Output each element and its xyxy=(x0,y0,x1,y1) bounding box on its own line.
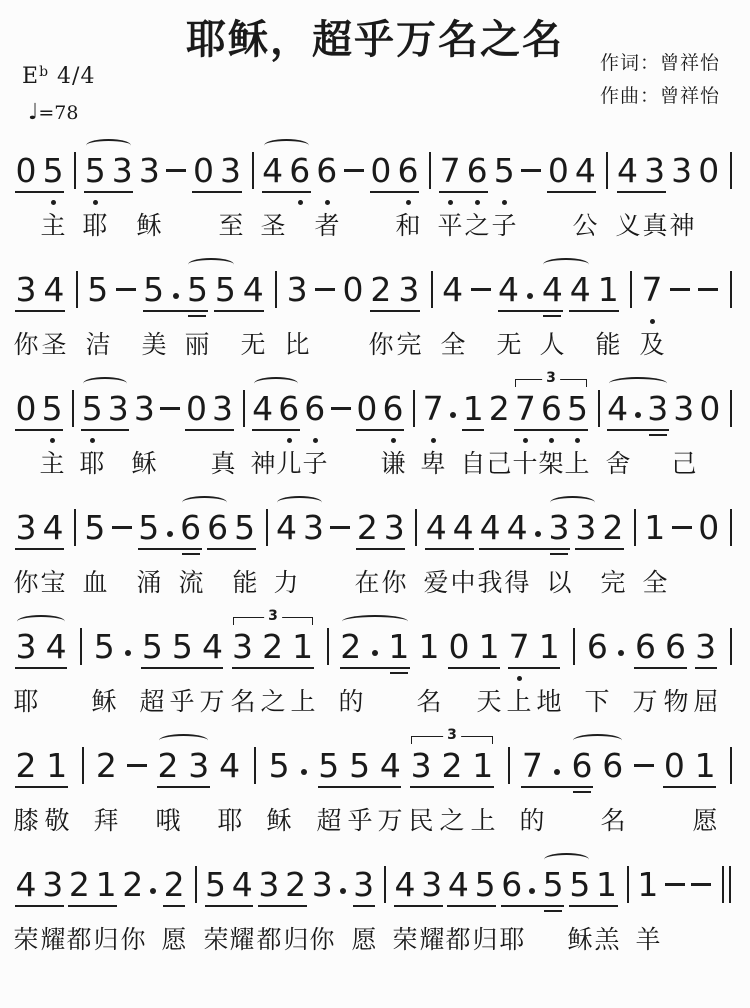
lyrics-row: 膝敬拜哦耶稣超乎万民之上的名愿 xyxy=(14,806,736,839)
lyric-syllable: 上 xyxy=(564,449,589,479)
barline xyxy=(189,852,201,924)
note-token: 3 xyxy=(14,495,38,567)
augmentation-dot xyxy=(170,257,182,329)
lyric-syllable: 都 xyxy=(445,925,470,955)
lyric-syllable: 下 xyxy=(584,687,609,717)
lyric-syllable: 物 xyxy=(663,687,688,717)
barline xyxy=(724,376,736,448)
lyric-syllable: 涌 xyxy=(136,568,161,598)
lyric-syllable: 之 xyxy=(439,806,464,836)
note-token: 5 xyxy=(204,852,228,924)
score-line: 34555543023444417你圣洁美丽无比你完全无人能及 xyxy=(14,257,736,363)
octave-dot xyxy=(325,200,330,205)
beam xyxy=(15,905,64,907)
beam xyxy=(84,191,133,193)
duration-dash xyxy=(469,257,493,329)
tempo-marking: ♩=78 xyxy=(28,100,79,125)
lyric-syllable: 无 xyxy=(240,330,265,360)
lyric-syllable: 耶 xyxy=(82,211,107,241)
barline xyxy=(724,257,736,329)
lyric-syllable: 愿 xyxy=(351,925,376,955)
octave-dot xyxy=(650,319,655,324)
note-token: 1 xyxy=(537,614,561,686)
lyric-syllable: 的 xyxy=(338,687,363,717)
lyric-syllable: 名 xyxy=(230,687,255,717)
triplet-bracket: 3 xyxy=(515,379,587,387)
notation-row: 432122543233434565511 xyxy=(14,852,736,924)
beam xyxy=(15,667,67,669)
note-token: 1 xyxy=(45,733,69,805)
note-token: 3 xyxy=(420,852,444,924)
lyric-syllable: 中 xyxy=(450,568,475,598)
barline xyxy=(724,733,736,805)
barline xyxy=(502,733,514,805)
lyric-syllable: 上 xyxy=(506,687,531,717)
lyric-syllable: 耶 xyxy=(79,449,104,479)
note-token: 1 xyxy=(636,852,660,924)
note-token: 5 xyxy=(83,495,107,567)
beam xyxy=(569,310,619,312)
beam-sixteenth xyxy=(188,315,206,317)
slur-arc xyxy=(86,139,131,152)
augmentation-dot xyxy=(147,852,159,924)
duration-dash xyxy=(696,257,720,329)
lyric-syllable: 子 xyxy=(491,211,516,241)
note-token: 4 xyxy=(441,257,465,329)
lyric-syllable: 你 xyxy=(381,568,406,598)
lyric-syllable: 耀 xyxy=(40,925,65,955)
key-signature: Eb 4/4 xyxy=(22,64,95,89)
lyric-syllable: 稣 xyxy=(131,449,156,479)
note-token: 6 xyxy=(633,614,657,686)
beam-sixteenth xyxy=(649,434,667,436)
note-token: 3 xyxy=(670,138,694,210)
barline xyxy=(592,376,604,448)
notation-row: 05533034660671276543303 xyxy=(14,376,736,448)
note-token: 4 xyxy=(218,733,242,805)
beam xyxy=(439,191,488,193)
tempo-value: =78 xyxy=(38,102,78,124)
octave-dot xyxy=(431,438,436,443)
lyric-syllable: 荣 xyxy=(13,925,38,955)
lyric-syllable: 及 xyxy=(639,330,664,360)
lyric-syllable: 拜 xyxy=(93,806,118,836)
beam xyxy=(663,786,716,788)
lyrics-row: 耶稣超乎万名之上的名天上地下万物屈 xyxy=(14,687,736,720)
beam xyxy=(340,667,410,669)
note-token: 4 xyxy=(378,733,402,805)
augmentation-dot xyxy=(164,495,176,567)
final-barline xyxy=(716,852,736,924)
lyric-syllable: 耀 xyxy=(419,925,444,955)
lyric-syllable: 美 xyxy=(141,330,166,360)
lyric-syllable: 稣 xyxy=(136,211,161,241)
note-token: 3 xyxy=(137,138,161,210)
note-token: 1 xyxy=(596,257,620,329)
augmentation-dot xyxy=(298,733,310,805)
barline xyxy=(68,495,80,567)
lyric-syllable: 荣 xyxy=(392,925,417,955)
lyric-syllable: 超 xyxy=(139,687,164,717)
lyric-syllable: 稣 xyxy=(266,806,291,836)
lyric-syllable: 上 xyxy=(470,806,495,836)
barline xyxy=(425,257,437,329)
lyric-syllable: 得 xyxy=(504,568,529,598)
beam xyxy=(447,905,496,907)
barline xyxy=(246,138,258,210)
rest-token: 0 xyxy=(355,376,379,448)
lyric-syllable: 万 xyxy=(377,806,402,836)
beam xyxy=(498,310,563,312)
triplet-number: 3 xyxy=(264,609,282,623)
beam xyxy=(258,905,307,907)
slur-arc xyxy=(543,258,589,271)
lyric-syllable: 敬 xyxy=(44,806,69,836)
lyric-syllable: 己 xyxy=(671,449,696,479)
note-token: 1 xyxy=(595,852,619,924)
lyric-syllable: 真 xyxy=(642,211,667,241)
beam xyxy=(15,429,63,431)
notation-row: 345554321211017166633 xyxy=(14,614,736,686)
flat-superscript: b xyxy=(39,64,49,80)
lyrics-row: 主耶稣真神儿子谦卑自己十架上舍己 xyxy=(14,449,736,482)
duration-dash xyxy=(663,852,687,924)
lyric-syllable: 圣 xyxy=(260,211,285,241)
score-line: 432122543233434565511荣耀都归你愿荣耀都归你愿荣耀都归耶稣羔… xyxy=(14,852,736,958)
barline xyxy=(624,257,636,329)
beam xyxy=(15,191,64,193)
lyric-syllable: 公 xyxy=(572,211,597,241)
rest-token: 0 xyxy=(341,257,365,329)
lyric-syllable: 完 xyxy=(396,330,421,360)
rest-token: 0 xyxy=(697,495,721,567)
note-token: 2 xyxy=(67,852,91,924)
note-token: 3 xyxy=(132,376,156,448)
lyric-syllable: 宝 xyxy=(40,568,65,598)
beam xyxy=(410,786,494,788)
beam xyxy=(575,548,624,550)
barline xyxy=(74,614,86,686)
lyric-syllable: 愿 xyxy=(692,806,717,836)
lyrics-row: 主耶稣至圣者和平之子公义真神 xyxy=(14,211,736,244)
beam xyxy=(425,548,474,550)
lyric-syllable: 稣 xyxy=(567,925,592,955)
barline xyxy=(76,733,88,805)
note-token: 3 xyxy=(211,376,235,448)
duration-dash xyxy=(632,733,656,805)
score-line: 345554321211017166633耶稣超乎万名之上的名天上地下万物屈 xyxy=(14,614,736,720)
note-token: 4 xyxy=(41,495,65,567)
octave-dot xyxy=(517,676,522,681)
note-token: 3 xyxy=(694,614,718,686)
augmentation-dot xyxy=(337,852,349,924)
lyricist-credit: 作词：曾祥怡 xyxy=(600,47,720,80)
duration-dash xyxy=(313,257,337,329)
note-token: 1 xyxy=(94,852,118,924)
lyric-syllable: 天 xyxy=(476,687,501,717)
beam xyxy=(479,548,570,550)
note-token: 3 xyxy=(672,376,696,448)
note-token: 5 xyxy=(317,733,341,805)
barline xyxy=(269,257,281,329)
lyric-syllable: 以 xyxy=(546,568,571,598)
octave-dot xyxy=(391,438,396,443)
note-token: 5 xyxy=(92,614,116,686)
sheet-header: 耶稣，超乎万名之名 作词：曾祥怡 作曲：曾祥怡 Eb 4/4 ♩=78 xyxy=(0,0,750,138)
beam xyxy=(207,548,256,550)
note-token: 4 xyxy=(497,257,521,329)
triplet-number: 3 xyxy=(443,728,461,742)
beam xyxy=(370,310,420,312)
note-token: 3 xyxy=(14,257,38,329)
barline xyxy=(68,138,80,210)
score-line: 05533034660671276543303主耶稣真神儿子谦卑自己十架上舍己 xyxy=(14,376,736,482)
lyric-syllable: 血 xyxy=(82,568,107,598)
lyric-syllable: 荣 xyxy=(203,925,228,955)
note-token: 4 xyxy=(451,495,475,567)
augmentation-dot xyxy=(122,614,134,686)
duration-dash xyxy=(689,852,713,924)
lyric-syllable: 地 xyxy=(536,687,561,717)
beam xyxy=(192,191,242,193)
lyric-syllable: 子 xyxy=(302,449,327,479)
time-signature: 4/4 xyxy=(57,64,95,89)
triplet-bracket: 3 xyxy=(411,736,493,744)
note-token: 6 xyxy=(664,614,688,686)
lyric-syllable: 稣 xyxy=(91,687,116,717)
barline xyxy=(248,733,260,805)
beam xyxy=(15,786,68,788)
slur-arc xyxy=(609,377,667,390)
barline xyxy=(237,376,249,448)
lyrics-row: 你宝血涌流能力在你爱中我得以完全 xyxy=(14,568,736,601)
lyric-syllable: 耶 xyxy=(13,687,38,717)
note-token: 3 xyxy=(382,495,406,567)
slur-arc xyxy=(264,139,309,152)
beam-sixteenth xyxy=(573,791,591,793)
note-token: 2 xyxy=(369,257,393,329)
duration-dash xyxy=(125,733,149,805)
rest-token: 0 xyxy=(447,614,471,686)
slur-arc xyxy=(544,853,589,866)
beam xyxy=(205,905,253,907)
rest-token: 0 xyxy=(662,733,686,805)
beam xyxy=(138,548,202,550)
note-token: 6 xyxy=(500,852,524,924)
lyric-syllable: 哦 xyxy=(155,806,180,836)
note-token: 4 xyxy=(424,495,448,567)
lyric-syllable: 都 xyxy=(66,925,91,955)
barline xyxy=(378,852,390,924)
barline xyxy=(628,495,640,567)
beam xyxy=(185,429,234,431)
beam xyxy=(501,905,564,907)
duration-dash xyxy=(328,495,352,567)
note-token: 3 xyxy=(310,852,334,924)
barline xyxy=(724,495,736,567)
lyric-syllable: 你 xyxy=(368,330,393,360)
lyric-syllable: 你 xyxy=(120,925,145,955)
notation-row: 2122345554321766013 xyxy=(14,733,736,805)
note-token: 5 xyxy=(86,257,110,329)
lyric-syllable: 能 xyxy=(232,568,257,598)
lyric-syllable: 十 xyxy=(512,449,537,479)
note-token: 4 xyxy=(478,495,502,567)
lyric-syllable: 者 xyxy=(314,211,339,241)
beam xyxy=(68,905,117,907)
key-letter: E xyxy=(22,64,39,89)
note-token: 4 xyxy=(505,495,529,567)
octave-dot xyxy=(287,438,292,443)
duration-dash xyxy=(158,376,182,448)
barline xyxy=(600,138,612,210)
lyric-syllable: 愿 xyxy=(161,925,186,955)
duration-dash xyxy=(114,257,138,329)
lyric-syllable: 儿 xyxy=(276,449,301,479)
lyric-syllable: 主 xyxy=(39,449,64,479)
barline xyxy=(423,138,435,210)
beam xyxy=(617,191,666,193)
lyric-syllable: 你 xyxy=(13,568,38,598)
beam xyxy=(695,667,717,669)
lyric-syllable: 耶 xyxy=(499,925,524,955)
lyric-syllable: 归 xyxy=(93,925,118,955)
lyric-syllable: 舍 xyxy=(605,449,630,479)
lyric-syllable: 名 xyxy=(416,687,441,717)
lyric-syllable: 自 xyxy=(460,449,485,479)
beam xyxy=(569,905,618,907)
lyric-syllable: 耀 xyxy=(229,925,254,955)
score-line: 34556654323444433210你宝血涌流能力在你爱中我得以完全 xyxy=(14,495,736,601)
note-token: 4 xyxy=(573,138,597,210)
lyric-syllable: 乎 xyxy=(347,806,372,836)
octave-dot xyxy=(475,200,480,205)
augmentation-dot xyxy=(551,733,563,805)
beam xyxy=(508,667,560,669)
lyric-syllable: 民 xyxy=(408,806,433,836)
barline xyxy=(321,614,333,686)
lyric-syllable: 比 xyxy=(284,330,309,360)
lyric-syllable: 至 xyxy=(218,211,243,241)
lyric-syllable: 真 xyxy=(210,449,235,479)
lyric-syllable: 万 xyxy=(199,687,224,717)
slur-arc xyxy=(83,377,127,390)
lyric-syllable: 名 xyxy=(600,806,625,836)
beam xyxy=(353,905,375,907)
beam xyxy=(252,429,300,431)
beam xyxy=(157,786,210,788)
octave-dot xyxy=(313,438,318,443)
beam-sixteenth xyxy=(390,672,408,674)
note-token: 4 xyxy=(230,852,254,924)
octave-dot xyxy=(93,200,98,205)
rest-token: 0 xyxy=(697,138,721,210)
note-token: 2 xyxy=(121,852,145,924)
lyric-syllable: 人 xyxy=(539,330,564,360)
rest-token: 0 xyxy=(184,376,208,448)
octave-dot xyxy=(298,200,303,205)
score-line: 2122345554321766013膝敬拜哦耶稣超乎万民之上的名愿 xyxy=(14,733,736,839)
note-token: 6 xyxy=(585,614,609,686)
note-token: 2 xyxy=(284,852,308,924)
note-token: 2 xyxy=(162,852,186,924)
note-token: 4 xyxy=(241,257,265,329)
beam xyxy=(318,786,401,788)
beam xyxy=(394,905,443,907)
beam xyxy=(547,191,596,193)
lyric-syllable: 上 xyxy=(290,687,315,717)
beam xyxy=(15,310,65,312)
rest-token: 0 xyxy=(546,138,570,210)
note-token: 4 xyxy=(446,852,470,924)
beam xyxy=(521,786,593,788)
beam xyxy=(214,310,264,312)
augmentation-dot xyxy=(524,257,536,329)
lyric-syllable: 羔 xyxy=(594,925,619,955)
duration-dash xyxy=(670,495,694,567)
lyric-syllable: 你 xyxy=(13,330,38,360)
beam xyxy=(356,548,405,550)
duration-dash xyxy=(329,376,353,448)
barline xyxy=(260,495,272,567)
beam xyxy=(514,429,588,431)
lyric-syllable: 我 xyxy=(477,568,502,598)
note-token: 4 xyxy=(393,852,417,924)
lyric-syllable: 羊 xyxy=(635,925,660,955)
lyric-syllable: 你 xyxy=(309,925,334,955)
lyric-syllable: 和 xyxy=(395,211,420,241)
lyric-syllable: 架 xyxy=(538,449,563,479)
duration-dash xyxy=(519,138,543,210)
lyric-syllable: 全 xyxy=(642,568,667,598)
note-token: 2 xyxy=(601,495,625,567)
lyrics-row: 荣耀都归你愿荣耀都归你愿荣耀都归耶稣羔羊 xyxy=(14,925,736,958)
rest-token: 0 xyxy=(14,138,38,210)
lyric-syllable: 都 xyxy=(256,925,281,955)
lyric-syllable: 己 xyxy=(486,449,511,479)
lyric-syllable: 归 xyxy=(472,925,497,955)
lyric-syllable: 膝 xyxy=(13,806,38,836)
beam-sixteenth xyxy=(182,553,200,555)
octave-dot xyxy=(50,438,55,443)
rest-token: 0 xyxy=(698,376,722,448)
score-line: 055330346606765044330主耶稣至圣者和平之子公义真神 xyxy=(14,138,736,244)
barline xyxy=(409,495,421,567)
beam xyxy=(163,905,185,907)
beam-sixteenth xyxy=(543,315,561,317)
note-token: 1 xyxy=(461,376,485,448)
note-token: 2 xyxy=(14,733,38,805)
lyric-syllable: 耶 xyxy=(217,806,242,836)
note-token: 3 xyxy=(257,852,281,924)
lyric-syllable: 圣 xyxy=(41,330,66,360)
note-token: 5 xyxy=(170,614,194,686)
quarter-note-icon: ♩ xyxy=(28,100,38,125)
lyric-syllable: 万 xyxy=(632,687,657,717)
note-token: 5 xyxy=(137,495,161,567)
lyric-syllable: 义 xyxy=(615,211,640,241)
slur-arc xyxy=(17,615,65,628)
lyric-syllable: 丽 xyxy=(184,330,209,360)
barline xyxy=(724,138,736,210)
augmentation-dot xyxy=(526,852,538,924)
duration-dash xyxy=(110,495,134,567)
octave-dot xyxy=(549,438,554,443)
slur-arc xyxy=(159,734,208,747)
note-token: 7 xyxy=(520,733,544,805)
composer-credit: 作曲：曾祥怡 xyxy=(600,80,720,113)
note-token: 1 xyxy=(693,733,717,805)
